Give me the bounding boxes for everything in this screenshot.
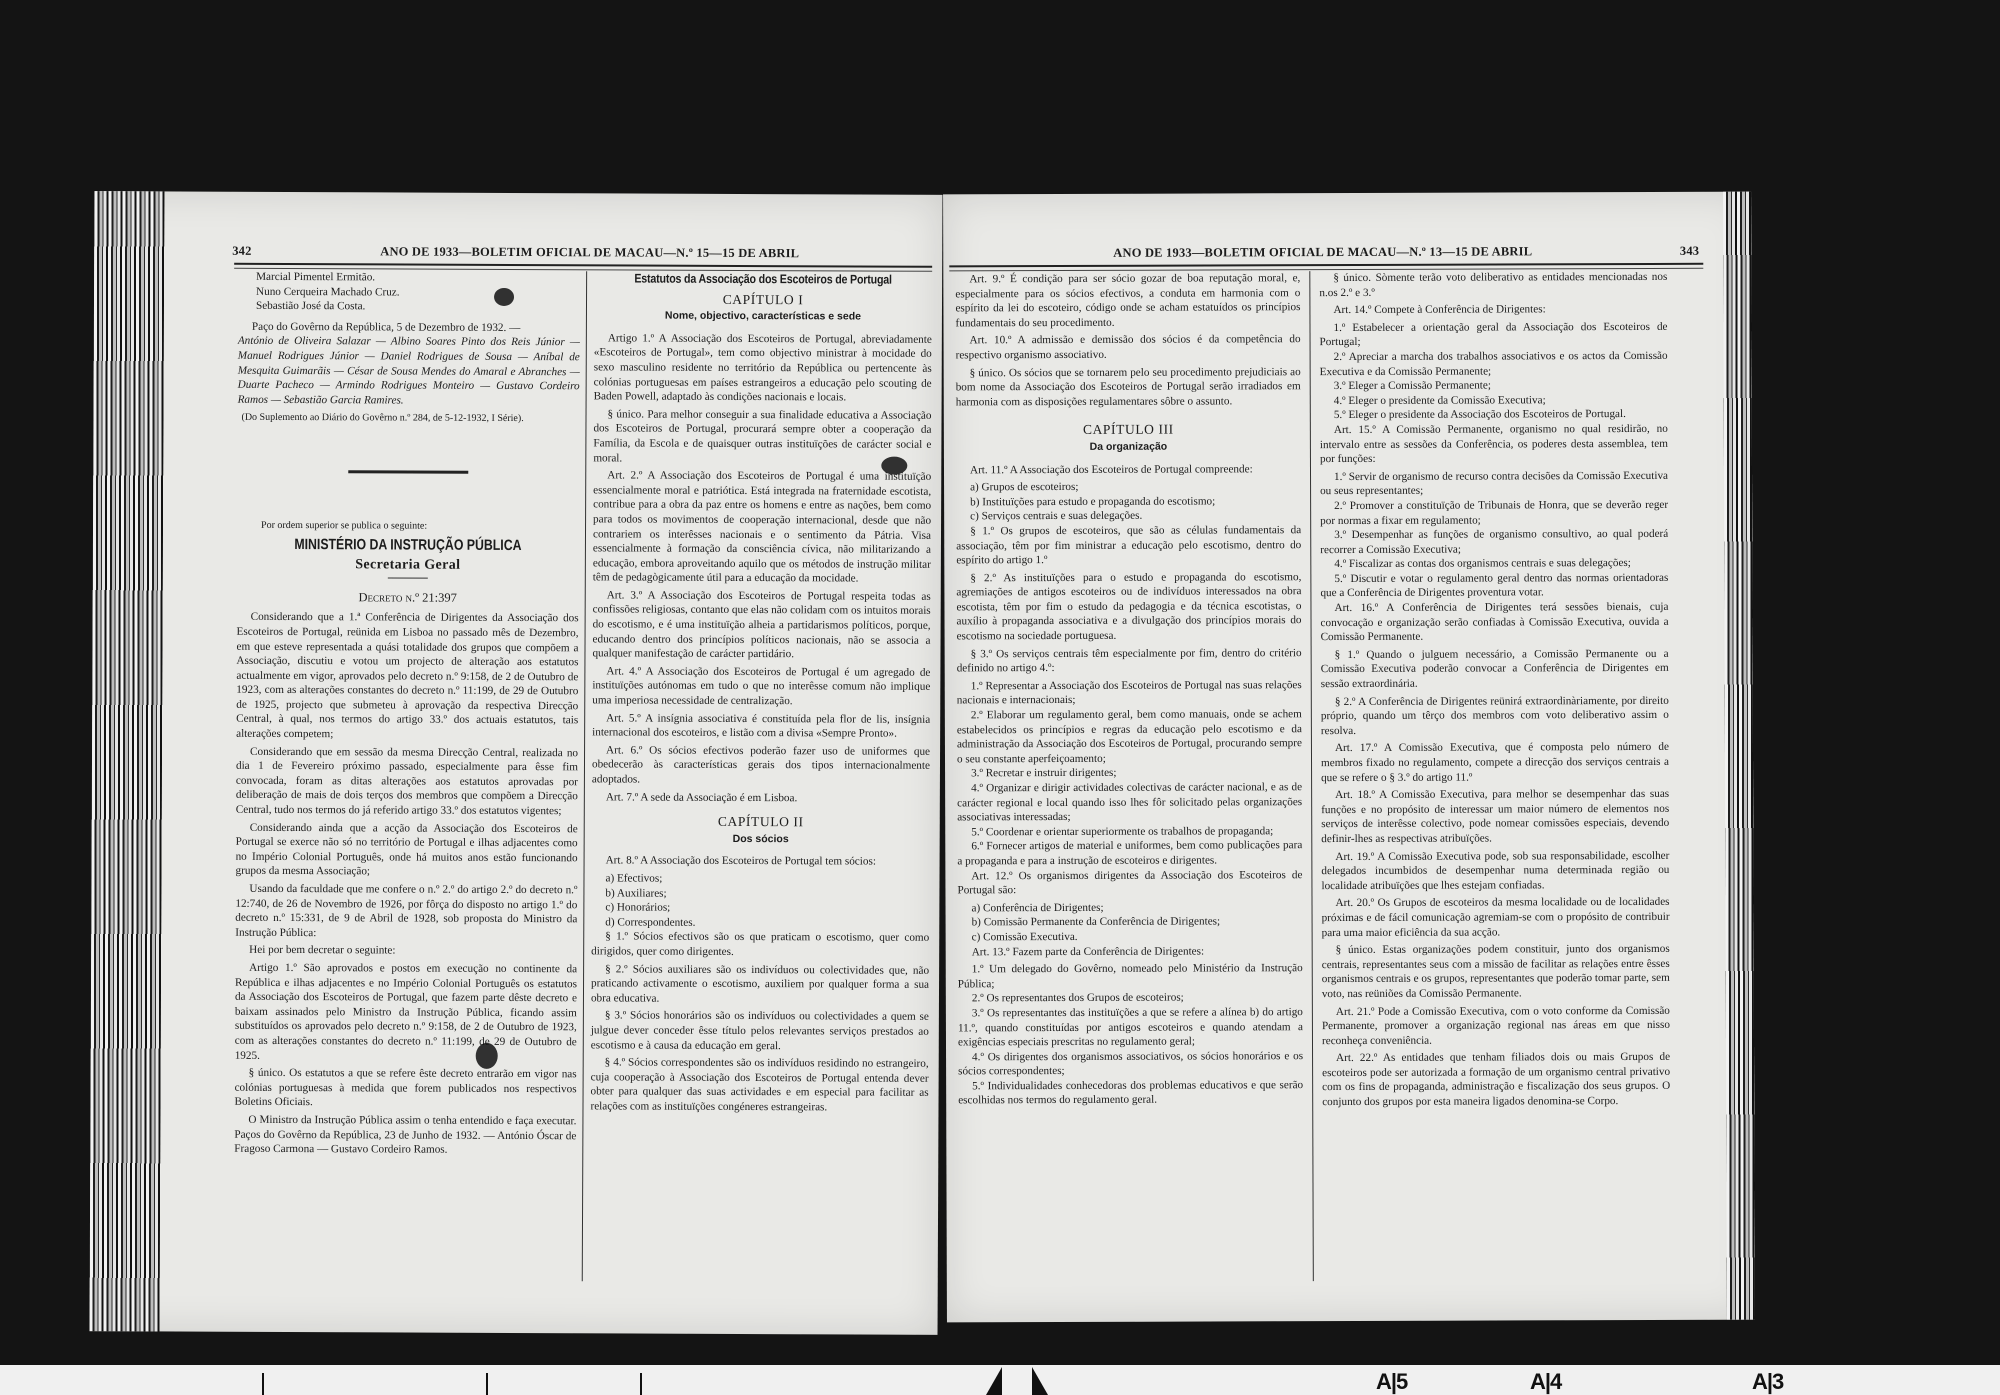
page-edges [90,191,165,1331]
list-item: b) Auxiliares; [591,886,929,902]
list-item: 4.º Fiscalizar as contas dos organismos … [1320,556,1668,572]
list-item: 1.º Servir de organismo de recurso contr… [1320,469,1668,499]
paragraph: Art. 14.º Compete à Conferência de Dirig… [1319,302,1667,318]
paragraph: Considerando que em sessão da mesma Dire… [236,744,578,818]
list-item: 5.º Eleger o presidente da Associação do… [1320,407,1668,423]
page-number: 342 [232,244,251,259]
paragraph: § 2.º A Conferência de Dirigentes reünir… [1321,694,1669,739]
right-page: ANO DE 1933—BOLETIM OFICIAL DE MACAU—N.º… [943,192,1755,1323]
list-item: 4.º Os dirigentes dos organismos associa… [958,1049,1303,1079]
frame-center-marker-left [986,1367,1002,1395]
list-item: 3.º Os representantes das instituïções a… [958,1005,1303,1050]
paragraph: § 1.º Quando o julguem necessário, a Com… [1321,647,1669,692]
paragraph: Art. 22.º As entidades que tenham filiad… [1322,1050,1670,1110]
list-item: 2.º Elaborar um regulamento geral, bem c… [957,707,1302,767]
paragraph: Art. 4.º A Associação dos Escoteiros de … [592,664,930,709]
list-item: c) Comissão Executiva. [958,929,1303,945]
paragraph: Considerando que a 1.ª Conferência de Di… [236,610,579,743]
paragraph: Art. 12.º Os organismos dirigentes da As… [957,868,1302,898]
signatory: Marcial Pimentel Ermitão. [238,270,580,286]
paragraph: § 1.º Sócios efectivos são os que pratic… [591,930,929,961]
paragraph: § 1.º Os grupos de escoteiros, que são a… [956,523,1301,568]
paragraph: § único. Os estatutos a que se refere ês… [234,1066,576,1111]
frame-tick [486,1373,488,1395]
right-page-column-1: Art. 9.º É condição para ser sócio gozar… [955,271,1303,1108]
section-divider [348,470,468,474]
list-item: a) Efectivos; [591,871,929,887]
list-item: 2.º Os representantes dos Grupos de esco… [958,990,1303,1006]
left-page: 342 ANO DE 1933—BOLETIM OFICIAL DE MACAU… [90,191,943,1335]
list-item: 4.º Organizar e dirigir actividades cole… [957,780,1302,825]
list-item: 3.º Eleger a Comissão Permanente; [1320,378,1668,394]
list-item: d) Correspondentes. [591,915,929,931]
paragraph: Art. 2.º A Associação dos Escoteiros de … [593,468,932,586]
chapter-heading: CAPÍTULO III [956,423,1301,439]
paragraph: Art. 18.º A Comissão Executiva, para mel… [1321,787,1669,847]
list-item: 3.º Desempenhar as funções de organismo … [1320,527,1668,557]
running-head-left: 342 ANO DE 1933—BOLETIM OFICIAL DE MACAU… [240,244,916,247]
chapter-subheading: Da organização [956,439,1301,455]
paragraph: Usando da faculdade que me confere o n.º… [235,882,577,942]
paragraph: Art. 9.º É condição para ser sócio gozar… [955,271,1300,331]
paragraph: Art. 15.º A Comissão Permanente, organis… [1320,422,1668,467]
chapter-heading: CAPÍTULO II [592,815,930,831]
chapter-subheading: Dos sócios [592,831,930,847]
paco-names: António de Oliveira Salazar — Albino Soa… [238,334,580,408]
paragraph: Art. 16.º A Conferência de Dirigentes te… [1320,600,1668,645]
paragraph: § 2.º Sócios auxiliares são os indivíduo… [591,962,929,1007]
paragraph: Considerando ainda que a acção da Associ… [235,820,577,880]
paragraph: Art. 17.º A Comissão Executiva, que é co… [1321,740,1669,785]
running-head-title: ANO DE 1933—BOLETIM OFICIAL DE MACAU—N.º… [380,244,799,261]
paragraph: Art. 8.º A Associação dos Escoteiros de … [592,854,930,870]
decree-heading: Decreto n.º 21:397 [237,589,579,605]
paragraph: § 2.º As instituïções para o estudo e pr… [956,570,1301,644]
statutes-title: Estatutos da Associação dos Escoteiros d… [619,271,906,287]
short-divider [388,577,428,578]
list-item: 3.º Recretar e instruir dirigentes; [957,766,1302,782]
paragraph: Art. 3.º A Associação dos Escoteiros de … [592,588,930,662]
list-item: c) Serviços centrais e suas delegações. [956,508,1301,524]
list-item: 5.º Coordenar e orientar superiormente o… [957,824,1302,840]
frame-mark: A|4 [1530,1369,1561,1395]
paragraph: Art. 20.º Os Grupos de escoteiros da mes… [1321,895,1669,940]
source-note: (Do Suplemento ao Diário do Govêrno n.º … [237,411,579,427]
frame-tick [262,1373,264,1395]
frame-center-marker-right [1032,1367,1048,1395]
list-item: 6.º Fornecer artigos de material e unifo… [957,839,1302,869]
left-page-column-1: Marcial Pimentel Ermitão. Nuno Cerqueira… [234,270,580,1161]
order-line: Por ordem superior se publica o seguinte… [237,519,579,535]
left-page-column-2: Estatutos da Associação dos Escoteiros d… [590,271,932,1118]
ministry-heading: MINISTÉRIO DA INSTRUÇÃO PÚBLICA [268,537,549,553]
paragraph: Art. 19.º A Comissão Executiva pode, sob… [1321,848,1669,893]
frame-mark: A|3 [1752,1369,1783,1395]
paragraph: Artigo 1.º A Associação dos Escoteiros d… [594,331,932,405]
ink-blot [494,288,514,306]
chapter-subheading: Nome, objectivo, características e sede [594,309,932,325]
paco-line: Paço do Govêrno da República, 5 de Dezem… [238,320,580,336]
list-item: a) Grupos de escoteiros; [956,479,1301,495]
paragraph: Art. 13.º Fazem parte da Conferência de … [958,944,1303,960]
list-item: 1.º Um delegado do Govêrno, nomeado pelo… [958,961,1303,991]
list-item: 2.º Promover a constituïção de Tribunais… [1320,498,1668,528]
frame-tick [640,1373,642,1395]
list-item: 5.º Discutir e votar o regulamento geral… [1320,571,1668,601]
page-number: 343 [1680,244,1699,259]
column-separator [1309,271,1314,1281]
paragraph: § único. Os sócios que se tornarem pelo … [956,365,1301,410]
list-item: c) Honorários; [591,900,929,916]
microfilm-viewer: 342 ANO DE 1933—BOLETIM OFICIAL DE MACAU… [0,0,2000,1395]
paragraph: § 4.º Sócios correspondentes são os indi… [590,1055,928,1115]
paragraph: Art. 7.º A sede da Associação é em Lisbo… [592,790,930,806]
chapter-heading: CAPÍTULO I [594,292,932,308]
paragraph: Art. 5.º A insígnia associativa é consti… [592,711,930,742]
paragraph: Artigo 1.º São aprovados e postos em exe… [235,961,577,1065]
paragraph: Art. 6.º Os sócios efectivos poderão faz… [592,743,930,788]
paragraph: § único. Para melhor conseguir a sua fin… [593,407,931,467]
frame-mark: A|5 [1376,1369,1407,1395]
paragraph: Hei por bem decretar o seguinte: [235,943,577,959]
ink-blot [881,457,907,475]
secretaria-heading: Secretaria Geral [237,558,579,574]
signatory: Nuno Cerqueira Machado Cruz. [238,284,580,300]
signatory: Sebastião José da Costa. [238,299,580,315]
list-item: b) Comissão Permanente da Conferência de… [958,915,1303,931]
list-item: b) Instituïções para estudo e propaganda… [956,494,1301,510]
paragraph: § único. Sòmente terão voto deliberativo… [1319,270,1667,300]
paragraph: § único. Estas organizações podem consti… [1322,942,1670,1002]
list-item: 1.º Representar a Associação dos Escotei… [957,678,1302,708]
column-separator [582,271,587,1281]
paragraph: § 3.º Sócios honorários são os indivíduo… [591,1009,929,1054]
list-item: a) Conferência de Dirigentes; [958,900,1303,916]
paragraph: § 3.º Os serviços centrais têm especialm… [957,646,1302,676]
paragraph: Art. 21.º Pode a Comissão Executiva, com… [1322,1003,1670,1048]
running-head-right: ANO DE 1933—BOLETIM OFICIAL DE MACAU—N.º… [943,244,1699,247]
list-item: 1.º Estabelecer a orientação geral da As… [1319,320,1667,350]
right-page-column-2: § único. Sòmente terão voto deliberativo… [1319,270,1670,1113]
list-item: 5.º Individualidades conhecedoras dos pr… [958,1078,1303,1108]
list-item: 2.º Apreciar a marcha dos trabalhos asso… [1320,349,1668,379]
list-item: 4.º Eleger o presidente da Comissão Exec… [1320,393,1668,409]
paragraph: Art. 11.º A Associação dos Escoteiros de… [956,462,1301,478]
paragraph: O Ministro da Instrução Pública assim o … [234,1113,576,1158]
running-head-title: ANO DE 1933—BOLETIM OFICIAL DE MACAU—N.º… [1113,244,1532,260]
film-strip: A|5 A|4 A|3 [0,1365,2000,1395]
page-edges [1723,192,1755,1320]
paragraph: Art. 10.º A admissão e demissão dos sóci… [956,333,1301,363]
ink-blot [476,1043,498,1069]
